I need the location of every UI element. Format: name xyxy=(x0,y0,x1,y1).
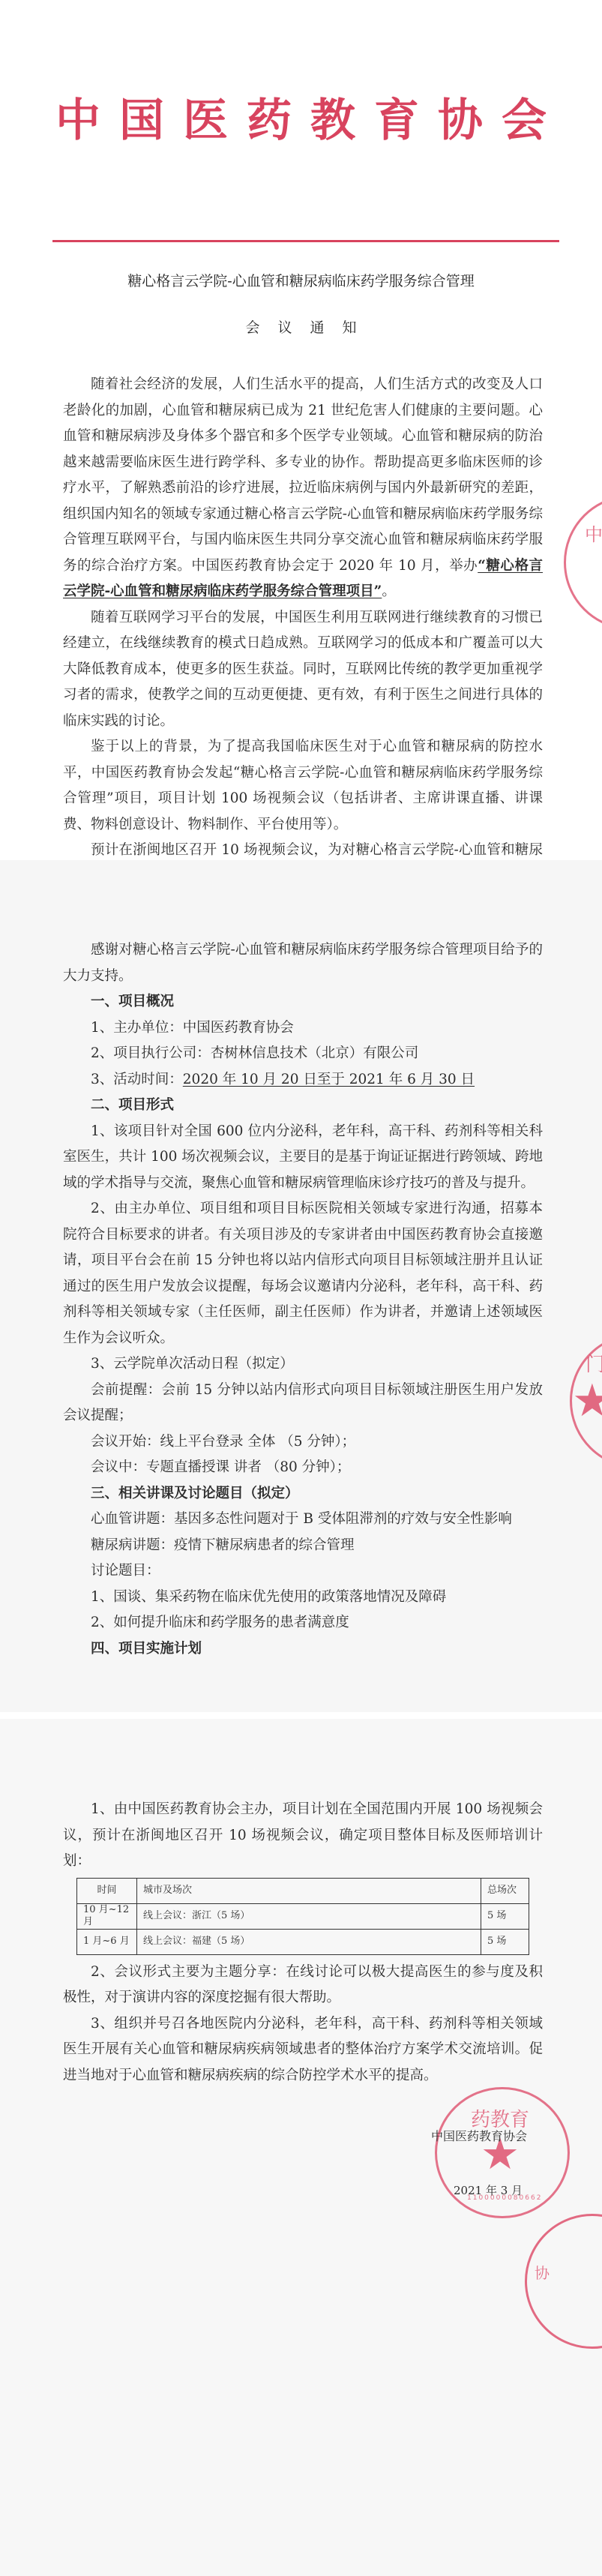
section-heading-format: 二、项目形式 xyxy=(63,1093,543,1119)
section-heading-topics: 三、相关讲课及讨论题目（拟定） xyxy=(63,1481,543,1507)
plan-item-2: 2、会议形式主要为主题分享：在线讨论可以极大提高医生的参与度及积极性，对于演讲内… xyxy=(63,1960,543,2011)
seal-text: 中国医 xyxy=(585,520,602,546)
seal-text: 协 xyxy=(535,2261,550,2283)
document-subtitle: 会议通知 xyxy=(0,316,602,337)
paragraph-thanks: 感谢对糖心格言云学院-心血管和糖尿病临床药学服务综合管理项目给予的大力支持。 xyxy=(63,937,543,989)
page2-body: 感谢对糖心格言云学院-心血管和糖尿病临床药学服务综合管理项目给予的大力支持。 一… xyxy=(63,937,543,1662)
seal-star-icon: ★ xyxy=(572,1375,602,1427)
schedule-start: 会议开始：线上平台登录 全体 （5 分钟）； xyxy=(63,1429,543,1456)
official-seal-partial: 中国医 xyxy=(564,495,602,630)
table-cell: 5 场 xyxy=(481,1929,529,1954)
organization-letterhead: 中国医药教育协会 xyxy=(0,85,602,149)
format-item-1: 1、该项目针对全国 600 位内分泌科，老年科，高干科、药剂科等相关科室医生，共… xyxy=(63,1119,543,1197)
table-header: 城市及场次 xyxy=(137,1878,481,1903)
table-header-row: 时间 城市及场次 总场次 xyxy=(77,1878,529,1903)
topic-diabetes: 糖尿病讲题：疫情下糖尿病患者的综合管理 xyxy=(63,1533,543,1559)
official-seal-partial: 门教 ★ xyxy=(570,1333,602,1468)
table-header: 时间 xyxy=(77,1878,137,1903)
letterhead-divider xyxy=(52,240,559,242)
table-cell: 5 场 xyxy=(481,1903,529,1929)
format-item-2: 2、由主办单位、项目组和项目目标医院相关领域专家进行沟通，招募本院符合目标要求的… xyxy=(63,1196,543,1351)
paragraph-background: 随着社会经济的发展，人们生活水平的提高，人们生活方式的改变及人口老龄化的加剧，心… xyxy=(63,372,543,605)
page-gap xyxy=(0,1712,602,1719)
table-header: 总场次 xyxy=(481,1878,529,1903)
page3-body: 1、由中国医药教育协会主办，项目计划在全国范围内开展 100 场视频会议，预计在… xyxy=(63,1797,543,2089)
topic-cardio: 心血管讲题：基因多态性问题对于 B 受体阻滞剂的疗效与安全性影响 xyxy=(63,1507,543,1533)
schedule-reminder: 会前提醒：会前 15 分钟以站内信形式向项目目标领域注册医生用户发放会议提醒； xyxy=(63,1378,543,1429)
official-seal-partial: 协 xyxy=(525,2214,602,2349)
plan-item-1: 1、由中国医药教育协会主办，项目计划在全国范围内开展 100 场视频会议，预计在… xyxy=(63,1797,543,1875)
discussion-label: 讨论题目： xyxy=(63,1558,543,1585)
section-heading-overview: 一、项目概况 xyxy=(63,989,543,1015)
paragraph-internet-learning: 随着互联网学习平台的发展，中国医生利用互联网进行继续教育的习惯已经建立，在线继续… xyxy=(63,605,543,735)
document-title: 糖心格言云学院-心血管和糖尿病临床药学服务综合管理 xyxy=(0,270,602,290)
overview-host: 1、主办单位：中国医药教育协会 xyxy=(63,1015,543,1042)
table-cell: 线上会议：浙江（5 场） xyxy=(137,1903,481,1929)
table-row: 10 月~12 月 线上会议：浙江（5 场） 5 场 xyxy=(77,1903,529,1929)
table-cell: 10 月~12 月 xyxy=(77,1903,137,1929)
table-cell: 线上会议：福建（5 场） xyxy=(137,1929,481,1954)
format-item-3: 3、云学院单次活动日程（拟定） xyxy=(63,1351,543,1378)
page1-body: 随着社会经济的发展，人们生活水平的提高，人们生活方式的改变及人口老龄化的加剧，心… xyxy=(63,372,543,916)
activity-period: 2020 年 10 月 20 日至于 2021 年 6 月 30 日 xyxy=(183,1072,475,1087)
signature-organization: 中国医药教育协会 xyxy=(431,2127,527,2144)
schedule-middle: 会议中：专题直播授课 讲者 （80 分钟）； xyxy=(63,1455,543,1481)
overview-time: 3、活动时间：2020 年 10 月 20 日至于 2021 年 6 月 30 … xyxy=(63,1067,543,1093)
plan-table: 时间 城市及场次 总场次 10 月~12 月 线上会议：浙江（5 场） 5 场 … xyxy=(76,1878,529,1955)
section-heading-plan: 四、项目实施计划 xyxy=(63,1636,543,1663)
overview-executor: 2、项目执行公司：杏树林信息技术（北京）有限公司 xyxy=(63,1041,543,1067)
discussion-item-2: 2、如何提升临床和药学服务的患者满意度 xyxy=(63,1610,543,1636)
table-cell: 1 月~6 月 xyxy=(77,1929,137,1954)
discussion-item-1: 1、国谈、集采药物在临床优先使用的政策落地情况及障碍 xyxy=(63,1585,543,1611)
plan-item-3: 3、组织并号召各地医院内分泌科，老年科，高干科、药剂科等相关领域医生开展有关心血… xyxy=(63,2011,543,2089)
signature-date: 2021 年 3 月 xyxy=(454,2182,523,2198)
table-row: 1 月~6 月 线上会议：福建（5 场） 5 场 xyxy=(77,1929,529,1954)
paragraph-project-launch: 鉴于以上的背景，为了提高我国临床医生对于心血管和糖尿病的防控水平，中国医药教育协… xyxy=(63,734,543,838)
official-seal: 药教育 ★ 1100000080662 xyxy=(435,2087,570,2218)
seal-text: 门教 xyxy=(586,1349,602,1377)
